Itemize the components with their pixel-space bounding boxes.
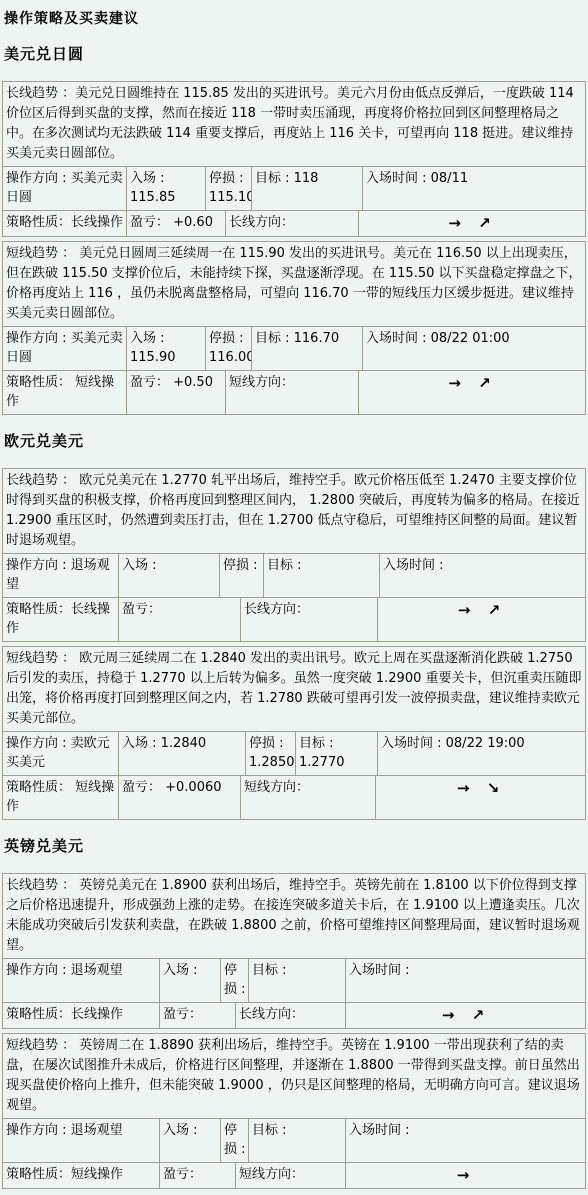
- entry-cell: 入场 :: [160, 1119, 221, 1162]
- table-row: 策略性质： 短线操作 盈亏： +0.50 短线方向： → ↗: [3, 371, 585, 414]
- entry-time-cell: 入场时间 :: [346, 1119, 585, 1162]
- profit-loss-cell: 盈亏：: [119, 598, 241, 641]
- outlook-label-cell: 长线方向：: [236, 1003, 346, 1028]
- entry-time-cell: 入场时间 : 08/22 01:00: [363, 327, 585, 370]
- target-cell: 目标 : 1.2770: [296, 732, 378, 775]
- entry-cell: 入场 : 1.2840: [119, 732, 246, 775]
- trend-paragraph: 长线趋势 ： 欧元兑美元在 1.2770 轧平出场后，维持空手。欧元价格压低至 …: [3, 469, 585, 554]
- stop-loss-cell: 停损 : 115.10: [206, 167, 252, 210]
- entry-cell: 入场 : 115.85: [127, 167, 206, 210]
- outlook-label-cell: 短线方向：: [226, 371, 359, 414]
- table-row: 操作方向 : 退场观望 入场 : 停损 : 目标 : 入场时间 :: [3, 959, 585, 1003]
- trend-paragraph: 长线趋势 ： 英镑兑美元在 1.8900 获利出场后，维持空手。英镑先前在 1.…: [3, 874, 585, 959]
- profit-loss-cell: 盈亏：: [160, 1003, 236, 1028]
- entry-time-cell: 入场时间 :: [380, 554, 585, 597]
- strategy-nature-cell: 策略性质： 短线操作: [3, 776, 119, 819]
- target-cell: 目标 : 118: [252, 167, 363, 210]
- stop-loss-cell: 停损 : 1.2850: [246, 732, 296, 775]
- table-row: 策略性质： 短线操作 盈亏： +0.0060 短线方向： → ↘: [3, 776, 585, 819]
- target-cell: 目标 : 116.70: [252, 327, 363, 370]
- strategy-nature-cell: 策略性质：长线操作: [3, 598, 119, 641]
- entry-time-cell: 入场时间 : 08/11: [363, 167, 585, 210]
- table-row: 操作方向 : 退场观望 入场 : 停损 : 目标 : 入场时间 :: [3, 554, 585, 598]
- table-row: 操作方向 : 买美元卖日圆 入场 : 115.90 停损 : 116.00 目标…: [3, 327, 585, 371]
- profit-loss-cell: 盈亏： +0.60: [127, 211, 226, 236]
- stop-loss-cell: 停损 :: [220, 554, 264, 597]
- trend-arrow-icon: → ↗: [346, 1003, 585, 1028]
- strategy-block-gbpusd-long: 长线趋势 ： 英镑兑美元在 1.8900 获利出场后，维持空手。英镑先前在 1.…: [2, 873, 586, 1029]
- entry-cell: 入场 : 115.90: [127, 327, 206, 370]
- outlook-label-cell: 长线方向：: [226, 211, 359, 236]
- page-title: 操作策略及买卖建议: [4, 8, 586, 28]
- stop-loss-cell: 停损 : 116.00: [206, 327, 252, 370]
- trend-paragraph: 长线趋势 ：美元兑日圆维持在 115.85 发出的买进讯号。美元六月份由低点反弹…: [3, 82, 585, 167]
- strategy-block-usdjpy-long: 长线趋势 ：美元兑日圆维持在 115.85 发出的买进讯号。美元六月份由低点反弹…: [2, 81, 586, 237]
- outlook-label-cell: 短线方向：: [241, 776, 376, 819]
- strategy-block-gbpusd-short: 短线趋势 ： 英镑周二在 1.8890 获利出场后，维持空手。英镑在 1.910…: [2, 1033, 586, 1189]
- trend-arrow-icon: → ↗: [359, 371, 585, 414]
- stop-loss-cell: 停损 :: [221, 1119, 249, 1162]
- operation-direction-cell: 操作方向 : 买美元卖日圆: [3, 167, 127, 210]
- operation-direction-cell: 操作方向 : 买美元卖日圆: [3, 327, 127, 370]
- stop-loss-cell: 停损 :: [221, 959, 249, 1002]
- target-cell: 目标 :: [264, 554, 380, 597]
- operation-direction-cell: 操作方向 : 退场观望: [3, 959, 160, 1002]
- profit-loss-cell: 盈亏： +0.0060: [119, 776, 241, 819]
- strategy-block-eurusd-long: 长线趋势 ： 欧元兑美元在 1.2770 轧平出场后，维持空手。欧元价格压低至 …: [2, 468, 586, 642]
- table-row: 操作方向 : 买美元卖日圆 入场 : 115.85 停损 : 115.10 目标…: [3, 167, 585, 211]
- trend-paragraph: 短线趋势 ： 欧元周三延续周二在 1.2840 发出的卖出讯号。欧元上周在买盘逐…: [3, 647, 585, 732]
- trend-arrow-icon: → ↗: [378, 598, 585, 641]
- target-cell: 目标 :: [249, 959, 346, 1002]
- strategy-block-eurusd-short: 短线趋势 ： 欧元周三延续周二在 1.2840 发出的卖出讯号。欧元上周在买盘逐…: [2, 646, 586, 820]
- table-row: 操作方向 : 退场观望 入场 : 停损 : 目标 : 入场时间 :: [3, 1119, 585, 1163]
- profit-loss-cell: 盈亏： +0.50: [127, 371, 226, 414]
- trend-arrow-icon: →: [346, 1163, 585, 1188]
- entry-cell: 入场 :: [160, 959, 221, 1002]
- page: 操作策略及买卖建议 美元兑日圆 长线趋势 ：美元兑日圆维持在 115.85 发出…: [0, 0, 588, 1195]
- entry-time-cell: 入场时间 : 08/22 19:00: [378, 732, 585, 775]
- strategy-nature-cell: 策略性质： 短线操作: [3, 371, 127, 414]
- section-title-gbpusd: 英镑兑美元: [4, 835, 586, 856]
- section-title-eurusd: 欧元兑美元: [4, 430, 586, 451]
- strategy-block-usdjpy-short: 短线趋势 ： 美元兑日圆周三延续周一在 115.90 发出的买进讯号。美元在 1…: [2, 241, 586, 415]
- section-title-usdjpy: 美元兑日圆: [4, 43, 586, 64]
- trend-arrow-icon: → ↗: [359, 211, 585, 236]
- entry-cell: 入场 :: [119, 554, 220, 597]
- outlook-label-cell: 长线方向：: [241, 598, 378, 641]
- operation-direction-cell: 操作方向 : 退场观望: [3, 554, 119, 597]
- trend-paragraph: 短线趋势 ： 美元兑日圆周三延续周一在 115.90 发出的买进讯号。美元在 1…: [3, 242, 585, 327]
- entry-time-cell: 入场时间 :: [346, 959, 585, 1002]
- table-row: 策略性质：长线操作 盈亏： +0.60 长线方向： → ↗: [3, 211, 585, 236]
- strategy-nature-cell: 策略性质：长线操作: [3, 1003, 160, 1028]
- table-row: 策略性质：长线操作 盈亏： 长线方向： → ↗: [3, 598, 585, 641]
- strategy-nature-cell: 策略性质：短线操作: [3, 1163, 160, 1188]
- operation-direction-cell: 操作方向 : 退场观望: [3, 1119, 160, 1162]
- table-row: 策略性质：长线操作 盈亏： 长线方向： → ↗: [3, 1003, 585, 1028]
- trend-paragraph: 短线趋势 ： 英镑周二在 1.8890 获利出场后，维持空手。英镑在 1.910…: [3, 1034, 585, 1119]
- operation-direction-cell: 操作方向 : 卖欧元买美元: [3, 732, 119, 775]
- target-cell: 目标 :: [249, 1119, 346, 1162]
- profit-loss-cell: 盈亏：: [160, 1163, 236, 1188]
- outlook-label-cell: 短线方向：: [236, 1163, 346, 1188]
- table-row: 操作方向 : 卖欧元买美元 入场 : 1.2840 停损 : 1.2850 目标…: [3, 732, 585, 776]
- strategy-nature-cell: 策略性质：长线操作: [3, 211, 127, 236]
- table-row: 策略性质：短线操作 盈亏： 短线方向： →: [3, 1163, 585, 1188]
- trend-arrow-icon: → ↘: [376, 776, 585, 819]
